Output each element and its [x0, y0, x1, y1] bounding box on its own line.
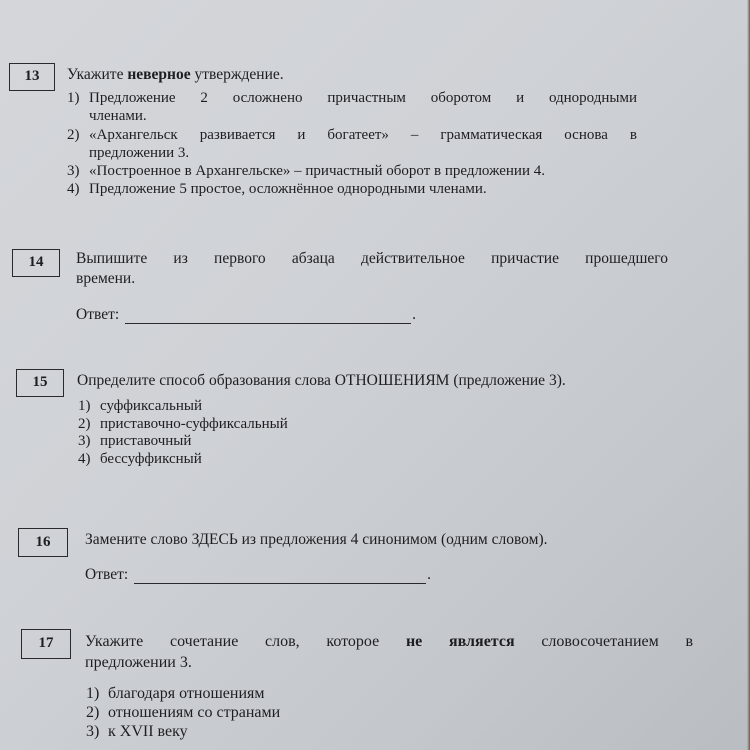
- task-number-box: 13: [9, 63, 55, 91]
- emphasis: не является: [406, 633, 515, 650]
- option: 4)бессуффиксный: [78, 451, 288, 469]
- answer-options: 1)благодаря отношениям 2)отношениям со с…: [86, 684, 280, 741]
- task-question: Выпишите из первого абзаца действительно…: [76, 250, 668, 268]
- task-question: Замените слово ЗДЕСЬ из предложения 4 си…: [85, 531, 548, 549]
- option: 3)приставочный: [78, 433, 288, 451]
- answer-options: 1) Предложение 2 осложнено причастным об…: [67, 90, 637, 198]
- option: 2) «Архангельск развивается и богатеет» …: [67, 127, 637, 145]
- option: 4) Предложение 5 простое, осложнённое од…: [67, 181, 637, 199]
- answer-field[interactable]: Ответ: .: [85, 566, 431, 584]
- option: 2)отношениям со странами: [86, 703, 280, 722]
- task-number-box: 15: [16, 369, 64, 397]
- task-question: Укажите сочетание слов, которое не являе…: [85, 633, 693, 651]
- option: 3)к XVII веку: [86, 722, 280, 741]
- option: 1)благодаря отношениям: [86, 684, 280, 703]
- option: 1)суффиксальный: [78, 398, 288, 416]
- task-question: Определите способ образования слова ОТНО…: [77, 372, 566, 390]
- task-question: Укажите неверное утверждение.: [67, 66, 284, 84]
- task-number-box: 14: [12, 249, 60, 277]
- task-number-box: 16: [18, 528, 68, 557]
- task-question-cont: предложении 3.: [85, 654, 192, 672]
- task-question-cont: времени.: [76, 270, 135, 288]
- option: 1) Предложение 2 осложнено причастным об…: [67, 90, 637, 108]
- answer-field[interactable]: Ответ: .: [76, 306, 416, 324]
- answer-line[interactable]: [125, 309, 411, 324]
- emphasis: неверное: [127, 66, 190, 83]
- task-number-box: 17: [21, 629, 71, 659]
- answer-label: Ответ:: [85, 566, 128, 584]
- option: 2)приставочно-суффиксальный: [78, 416, 288, 434]
- answer-label: Ответ:: [76, 306, 119, 324]
- option: 3) «Построенное в Архангельске» – причас…: [67, 163, 637, 181]
- answer-options: 1)суффиксальный 2)приставочно-суффиксаль…: [78, 398, 288, 468]
- answer-line[interactable]: [134, 569, 426, 584]
